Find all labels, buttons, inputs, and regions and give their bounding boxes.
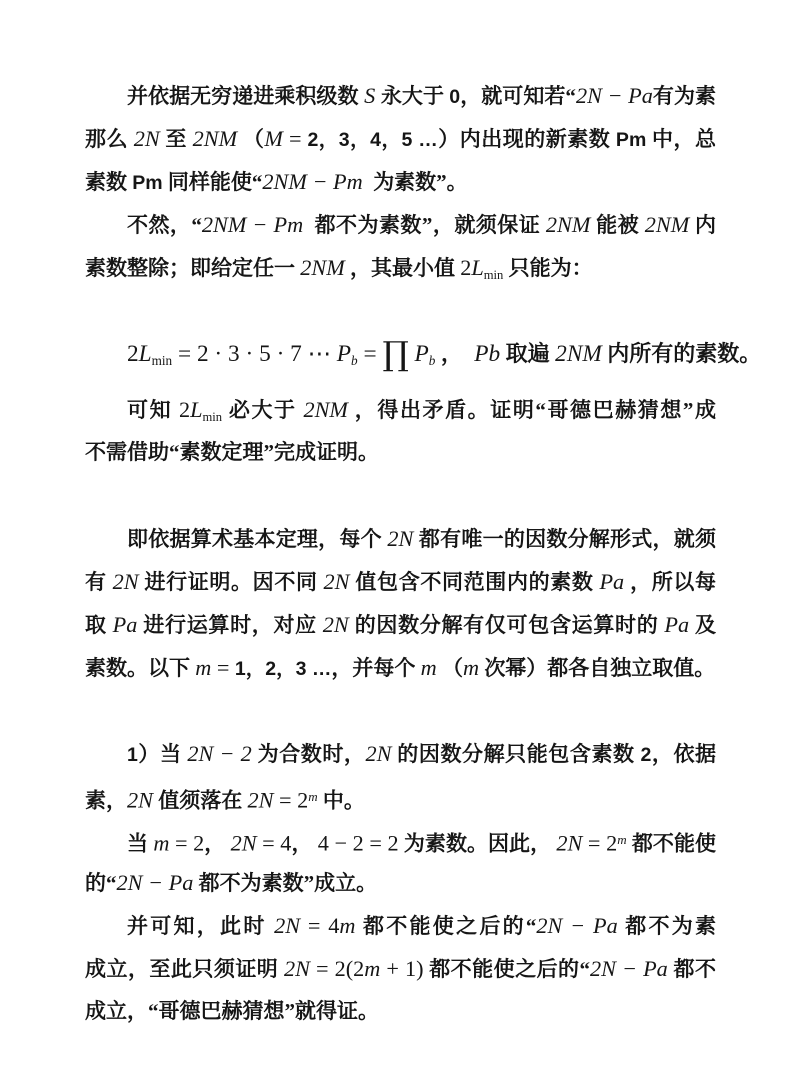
text-run-m: Pa bbox=[599, 569, 624, 594]
para-contradiction: 可知 2Lmin 必大于 2NM ，得出矛盾。证明“哥德巴赫猜想”成立，就不需借… bbox=[85, 388, 716, 474]
text-run-mn: = 2 bbox=[273, 788, 308, 813]
text-run-cn: 即依据算术基本定理，每个 bbox=[127, 527, 387, 551]
text-run-m: Pa bbox=[113, 612, 138, 637]
text-run-m: 2NM − Pm bbox=[202, 212, 303, 237]
text-run-cn: 都不为素数”成立。 bbox=[193, 871, 377, 895]
text-run-cn: ， bbox=[435, 341, 468, 366]
text-run-subi: b bbox=[351, 353, 358, 368]
text-line: 即依据算术基本定理，每个 2N 都有唯一的因数分解形式，就须对所 bbox=[85, 517, 716, 560]
text-run-cn: 为素数”。 bbox=[363, 170, 468, 194]
text-run-cn: ，其最小值 bbox=[345, 256, 461, 280]
text-run-mn: 4 − 2 = 2 bbox=[318, 831, 399, 856]
text-run-cn: 至 bbox=[160, 127, 193, 151]
text-run-cn: ）内出现的新素数 bbox=[438, 127, 616, 151]
para-fundamental-theorem: 即依据算术基本定理，每个 2N 都有唯一的因数分解形式，就须对所有 2N 进行证… bbox=[85, 517, 716, 689]
text-line: 的“2N − Pa 都不为素数”成立。 bbox=[85, 861, 716, 904]
text-run-cn: ， bbox=[291, 832, 317, 856]
text-run-cn: 素数。以下 bbox=[85, 656, 195, 680]
text-run-m: 2N bbox=[324, 569, 350, 594]
text-run-m: 2N − Pa bbox=[117, 870, 194, 895]
text-run-cn: 并可知，此时 bbox=[127, 914, 274, 938]
text-run-sub: min bbox=[152, 353, 173, 368]
text-run-cn: 的因数分解只能包含素数 bbox=[391, 742, 640, 766]
text-run-mn: 2 bbox=[460, 255, 471, 280]
text-run-cn: ， bbox=[204, 832, 230, 856]
text-run-cn: 那么 bbox=[85, 127, 134, 151]
text-line: 那么 2N 至 2NM （M = 2，3，4，5 …）内出现的新素数 Pm 中，… bbox=[85, 117, 716, 160]
text-run-m: 2N − Pa bbox=[576, 83, 653, 108]
text-run-cn: 必大于 bbox=[222, 398, 303, 422]
para-premise: 并依据无穷递进乘积级数 S 永大于 0，就可知若“2N − Pa有为素数”，那么… bbox=[85, 74, 716, 203]
text-run-sup: m bbox=[308, 789, 317, 804]
text-run-cn: 同样能使“ bbox=[163, 170, 263, 194]
text-run-cn: 取遍 bbox=[500, 341, 555, 366]
text-run-cn: ）当 bbox=[138, 742, 188, 766]
text-run-m: M bbox=[264, 126, 283, 151]
text-run-cn: 都不能使之后的“ bbox=[423, 957, 590, 981]
text-run-cn: 为合数时， bbox=[252, 742, 366, 766]
text-run-b: Pm bbox=[616, 129, 646, 151]
text-run-m: 2N − 2 bbox=[187, 741, 251, 766]
text-run-m: 2NM bbox=[555, 341, 602, 367]
text-run-b: 0 bbox=[449, 86, 460, 108]
text-run-m: P bbox=[409, 341, 429, 367]
text-run-mn: = bbox=[211, 655, 229, 680]
text-run-cn: 内所有的素数。 bbox=[602, 341, 762, 366]
document-body: 并依据无穷递进乘积级数 S 永大于 0，就可知若“2N − Pa有为素数”，那么… bbox=[85, 74, 716, 1033]
text-run-m: 2N bbox=[284, 956, 310, 981]
text-run-m: 2N bbox=[127, 788, 153, 813]
text-run-m: 2N bbox=[387, 526, 413, 551]
text-line: 1）当 2N − 2 为合数时，2N 的因数分解只能包含素数 2，依据素数互 bbox=[85, 732, 716, 775]
text-run-cn: 能被 bbox=[590, 213, 644, 237]
text-run-m: m bbox=[364, 956, 380, 981]
text-run-m: 2NM − Pm bbox=[262, 169, 362, 194]
text-run-m: m bbox=[463, 655, 479, 680]
text-run-cn: 素数 bbox=[85, 170, 132, 194]
text-line: 可知 2Lmin 必大于 2NM ，得出矛盾。证明“哥德巴赫猜想”成立，就 bbox=[85, 388, 716, 431]
text-run-cn: 只能为： bbox=[503, 256, 592, 280]
text-run-mn: = 2 · 3 · 5 · 7 ⋯ bbox=[172, 341, 337, 367]
text-run-mn: = bbox=[283, 126, 302, 151]
text-run-cn: 素数整除；即给定任一 bbox=[85, 256, 300, 280]
text-run-cn: 的“ bbox=[85, 871, 117, 895]
text-run-cn: 取 bbox=[85, 613, 113, 637]
text-run-prod: ∏ bbox=[382, 334, 408, 373]
text-run-m: m bbox=[195, 655, 211, 680]
text-run-cn: 中。 bbox=[318, 789, 365, 813]
text-run-m: m bbox=[153, 831, 169, 856]
text-line: 成立，“哥德巴赫猜想”就得证。 bbox=[85, 990, 716, 1033]
text-run-sub: min bbox=[202, 410, 222, 424]
document-page: 并依据无穷递进乘积级数 S 永大于 0，就可知若“2N − Pa有为素数”，那么… bbox=[0, 0, 800, 1073]
text-run-sub: min bbox=[484, 268, 504, 282]
text-run-m: 2N bbox=[231, 831, 257, 856]
text-run-cn: 次幂）都各自独立取值。 bbox=[479, 656, 715, 680]
text-run-cn: 为素数。因此， bbox=[399, 832, 557, 856]
text-line: 素，2N 值须落在 2N = 2m 中。 bbox=[85, 775, 716, 818]
para-case1: 1）当 2N − 2 为合数时，2N 的因数分解只能包含素数 2，依据素数互素，… bbox=[85, 732, 716, 818]
text-run-cn: 当 bbox=[127, 832, 153, 856]
text-run-cn: 进行运算时，对应 bbox=[137, 613, 322, 637]
text-run-m: L bbox=[139, 341, 152, 367]
text-run-mn: + 1) bbox=[380, 956, 423, 981]
text-line: 2Lmin = 2 · 3 · 5 · 7 ⋯ Pb = ∏ Pb ， Pb 取… bbox=[85, 332, 716, 375]
text-run-mn: 2 bbox=[127, 341, 139, 367]
text-run-m: S bbox=[359, 83, 381, 108]
text-line: 当 m = 2， 2N = 4， 4 − 2 = 2 为素数。因此， 2N = … bbox=[85, 818, 716, 861]
text-run-cn: ，就可知若“ bbox=[460, 84, 576, 108]
text-run-mn: = 2 bbox=[582, 831, 617, 856]
text-run-m: Pb bbox=[468, 341, 500, 367]
text-line: 成立，至此只须证明 2N = 2(2m + 1) 都不能使之后的“2N − Pa… bbox=[85, 947, 716, 990]
text-run-cn: 有 bbox=[85, 570, 113, 594]
text-run-b: 1 bbox=[127, 744, 138, 766]
text-run-m: 2NM bbox=[300, 255, 345, 280]
formula-lmin-product: 2Lmin = 2 · 3 · 5 · 7 ⋯ Pb = ∏ Pb ， Pb 取… bbox=[85, 332, 716, 375]
text-run-m: 2N bbox=[366, 741, 392, 766]
text-run-m: L bbox=[190, 397, 202, 422]
text-run-m: P bbox=[337, 341, 351, 367]
para-case1-example: 当 m = 2， 2N = 4， 4 − 2 = 2 为素数。因此， 2N = … bbox=[85, 818, 716, 904]
text-run-cn: 不然，“ bbox=[127, 213, 202, 237]
text-line: 并可知，此时 2N = 4m 都不能使之后的“2N − Pa 都不为素数”同样 bbox=[85, 904, 716, 947]
para-otherwise: 不然，“2NM − Pm 都不为素数”，就须保证 2NM 能被 2NM 内所有素… bbox=[85, 203, 716, 289]
text-run-cn: （ bbox=[437, 656, 463, 680]
text-run-mn: = bbox=[358, 341, 383, 367]
text-run-cn: 成立，至此只须证明 bbox=[85, 957, 284, 981]
text-run-m: 2NM bbox=[645, 212, 690, 237]
text-run-cn: 都不为素数”，就须保证 bbox=[303, 213, 546, 237]
text-run-m: 2NM bbox=[193, 126, 238, 151]
text-run-cn: （ bbox=[237, 127, 264, 151]
text-run-cn: 值须落在 bbox=[153, 789, 248, 813]
text-run-b: Pm bbox=[132, 172, 162, 194]
text-run-sup: m bbox=[617, 832, 626, 847]
text-run-m: 2N bbox=[247, 788, 273, 813]
text-line: 取 Pa 进行运算时，对应 2N 的因数分解有仅可包含运算时的 Pa 及前面的 bbox=[85, 603, 716, 646]
text-run-m: 2N bbox=[556, 831, 582, 856]
text-run-b: 1，2，3 … bbox=[229, 658, 331, 680]
text-line: 不然，“2NM − Pm 都不为素数”，就须保证 2NM 能被 2NM 内所有 bbox=[85, 203, 716, 246]
text-run-b: 2，3，4，5 … bbox=[302, 129, 438, 151]
text-run-m: L bbox=[471, 255, 483, 280]
text-run-m: 2N bbox=[113, 569, 139, 594]
text-run-cn: 并依据无穷递进乘积级数 bbox=[127, 84, 359, 108]
text-run-mn: 2 bbox=[179, 397, 190, 422]
text-line: 素数 Pm 同样能使“2NM − Pm 为素数”。 bbox=[85, 160, 716, 203]
text-run-cn: 不需借助“素数定理”完成证明。 bbox=[85, 440, 379, 464]
text-run-cn: 可知 bbox=[127, 398, 179, 422]
text-line: 不需借助“素数定理”完成证明。 bbox=[85, 431, 716, 474]
text-run-cn: 永大于 bbox=[381, 84, 449, 108]
text-run-cn: 都不能使之后的“ bbox=[355, 914, 536, 938]
text-run-m: 2N bbox=[134, 126, 160, 151]
text-line: 并依据无穷递进乘积级数 S 永大于 0，就可知若“2N − Pa有为素数”， bbox=[85, 74, 716, 117]
text-run-m: Pa bbox=[664, 612, 689, 637]
text-run-m: m bbox=[421, 655, 437, 680]
text-run-cn: 进行证明。因不同 bbox=[139, 570, 324, 594]
text-run-m: 2N − Pa bbox=[536, 913, 617, 938]
text-run-b: 2 bbox=[640, 744, 651, 766]
text-run-mn: = 2 bbox=[169, 831, 204, 856]
text-run-cn: ，并每个 bbox=[331, 656, 420, 680]
text-run-m: 2NM bbox=[303, 397, 348, 422]
text-run-cn: 成立，“哥德巴赫猜想”就得证。 bbox=[85, 999, 379, 1023]
text-line: 素数整除；即给定任一 2NM ，其最小值 2Lmin 只能为： bbox=[85, 246, 716, 289]
text-run-m: 2N − Pa bbox=[590, 956, 668, 981]
text-run-cn: 的因数分解有仅可包含运算时的 bbox=[349, 613, 665, 637]
text-run-m: 2N bbox=[274, 913, 300, 938]
text-line: 有 2N 进行证明。因不同 2N 值包含不同范围内的素数 Pa ，所以每次依次 bbox=[85, 560, 716, 603]
text-run-cn: 值包含不同范围内的素数 bbox=[350, 570, 600, 594]
text-run-mn: = 2(2 bbox=[310, 956, 364, 981]
text-run-m: 2NM bbox=[546, 212, 591, 237]
text-run-cn: 素， bbox=[85, 789, 127, 813]
text-run-mn: = 4 bbox=[257, 831, 292, 856]
text-run-mn: = 4 bbox=[300, 913, 339, 938]
text-run-m: m bbox=[339, 913, 355, 938]
text-run-m: 2N bbox=[323, 612, 349, 637]
text-line: 素数。以下 m = 1，2，3 …，并每个 m （m 次幂）都各自独立取值。 bbox=[85, 646, 716, 689]
para-final: 并可知，此时 2N = 4m 都不能使之后的“2N − Pa 都不为素数”同样成… bbox=[85, 904, 716, 1033]
